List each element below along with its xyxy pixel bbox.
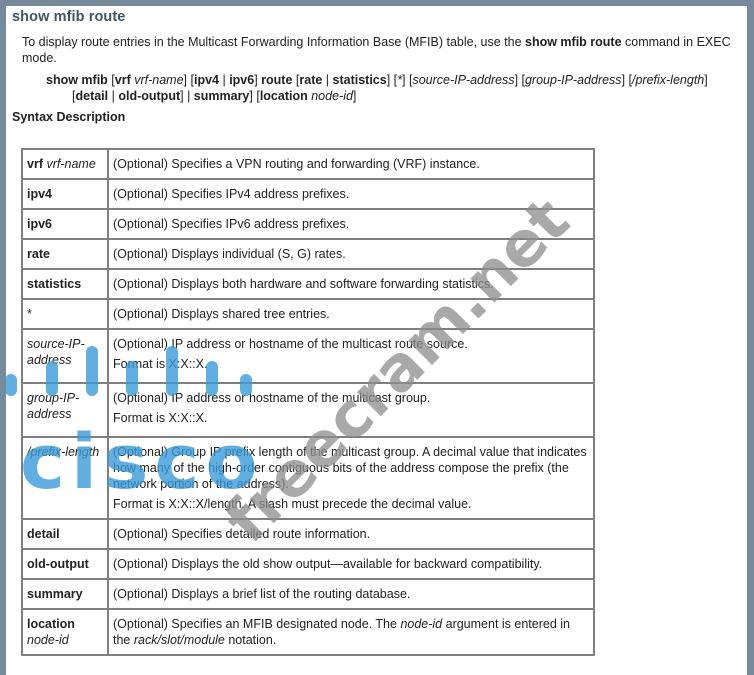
description-token: (Optional) IP address or hostname of the… xyxy=(113,337,468,351)
intro-paragraph: To display route entries in the Multicas… xyxy=(22,34,732,66)
keyword-token: source-IP-address xyxy=(27,337,85,367)
syntax-token: ] [ xyxy=(402,73,412,87)
description-cell: (Optional) IP address or hostname of the… xyxy=(108,383,594,437)
syntax-token: vrf xyxy=(115,73,134,87)
keyword-token: * xyxy=(27,307,32,321)
syntax-token: | xyxy=(219,73,229,87)
description-cell: (Optional) Specifies a VPN routing and f… xyxy=(108,149,594,179)
description-paragraph: Format is X:X::X. xyxy=(113,356,589,372)
description-cell: (Optional) Specifies an MFIB designated … xyxy=(108,609,594,655)
syntax-token: ] [ xyxy=(184,73,194,87)
description-token: (Optional) Specifies an MFIB designated … xyxy=(113,617,400,631)
syntax-token: ] xyxy=(353,89,356,103)
table-row: /prefix-length(Optional) Group IP prefix… xyxy=(22,437,594,519)
syntax-token: detail xyxy=(75,89,108,103)
table-row: *(Optional) Displays shared tree entries… xyxy=(22,299,594,329)
keyword-cell: location node-id xyxy=(22,609,108,655)
keyword-cell: /prefix-length xyxy=(22,437,108,519)
keyword-cell: group-IP-address xyxy=(22,383,108,437)
syntax-token: ] [ xyxy=(622,73,632,87)
keyword-token: vrf xyxy=(27,157,46,171)
syntax-token: location xyxy=(260,89,311,103)
description-cell: (Optional) Group IP prefix length of the… xyxy=(108,437,594,519)
syntax-description-heading: Syntax Description xyxy=(12,110,125,124)
syntax-token: summary xyxy=(194,89,250,103)
keyword-cell: summary xyxy=(22,579,108,609)
description-cell: (Optional) Displays the old show output—… xyxy=(108,549,594,579)
description-paragraph: (Optional) Group IP prefix length of the… xyxy=(113,444,589,492)
description-token: (Optional) Specifies IPv4 address prefix… xyxy=(113,187,349,201)
table-row: rate(Optional) Displays individual (S, G… xyxy=(22,239,594,269)
syntax-token: /prefix-length xyxy=(632,73,704,87)
description-token: notation. xyxy=(225,633,276,647)
table-row: location node-id(Optional) Specifies an … xyxy=(22,609,594,655)
table-row: source-IP-address(Optional) IP address o… xyxy=(22,329,594,383)
syntax-token: | xyxy=(108,89,118,103)
syntax-token: ipv4 xyxy=(194,73,219,87)
page-title: show mfib route xyxy=(12,9,125,25)
keyword-cell: * xyxy=(22,299,108,329)
table-row: detail(Optional) Specifies detailed rout… xyxy=(22,519,594,549)
keyword-token: ipv4 xyxy=(27,187,52,201)
description-cell: (Optional) Displays shared tree entries. xyxy=(108,299,594,329)
keyword-cell: detail xyxy=(22,519,108,549)
syntax-token: ipv6 xyxy=(229,73,254,87)
keyword-cell: source-IP-address xyxy=(22,329,108,383)
syntax-token: group-IP-address xyxy=(525,73,622,87)
description-paragraph: (Optional) Specifies detailed route info… xyxy=(113,526,589,542)
keyword-cell: statistics xyxy=(22,269,108,299)
table-row: ipv6(Optional) Specifies IPv6 address pr… xyxy=(22,209,594,239)
description-token: (Optional) Displays a brief list of the … xyxy=(113,587,410,601)
keyword-token: vrf-name xyxy=(46,157,95,171)
syntax-token: ] xyxy=(704,73,707,87)
description-token: (Optional) Displays the old show output—… xyxy=(113,557,542,571)
syntax-line-1: show mfib [vrf vrf-name] [ipv4 | ipv6] r… xyxy=(46,73,708,87)
description-paragraph: Format is X:X::X. xyxy=(113,410,589,426)
keyword-cell: rate xyxy=(22,239,108,269)
syntax-token: source-IP-address xyxy=(412,73,514,87)
syntax-token: ] | xyxy=(180,89,194,103)
description-token: (Optional) Displays individual (S, G) ra… xyxy=(113,247,346,261)
description-paragraph: (Optional) Specifies a VPN routing and f… xyxy=(113,156,589,172)
table-row: group-IP-address(Optional) IP address or… xyxy=(22,383,594,437)
description-token: (Optional) Group IP prefix length of the… xyxy=(113,445,587,491)
intro-command: show mfib route xyxy=(525,35,622,49)
syntax-token: show mfib xyxy=(46,73,111,87)
table-row: ipv4(Optional) Specifies IPv4 address pr… xyxy=(22,179,594,209)
description-paragraph: (Optional) IP address or hostname of the… xyxy=(113,336,589,352)
syntax-token: statistics xyxy=(333,73,387,87)
keyword-cell: vrf vrf-name xyxy=(22,149,108,179)
description-cell: (Optional) Specifies IPv6 address prefix… xyxy=(108,209,594,239)
keyword-token: /prefix-length xyxy=(27,445,99,459)
description-token: (Optional) Displays shared tree entries. xyxy=(113,307,330,321)
keyword-cell: ipv6 xyxy=(22,209,108,239)
description-paragraph: (Optional) Specifies IPv6 address prefix… xyxy=(113,216,589,232)
keyword-token: summary xyxy=(27,587,83,601)
syntax-token: route xyxy=(261,73,296,87)
description-token: (Optional) Specifies IPv6 address prefix… xyxy=(113,217,349,231)
description-token: node-id xyxy=(400,617,442,631)
description-paragraph: (Optional) IP address or hostname of the… xyxy=(113,390,589,406)
keyword-token: rate xyxy=(27,247,50,261)
description-paragraph: (Optional) Displays both hardware and so… xyxy=(113,276,589,292)
keyword-token: old-output xyxy=(27,557,89,571)
description-cell: (Optional) Displays both hardware and so… xyxy=(108,269,594,299)
syntax-line-2: [detail | old-output] | summary] [locati… xyxy=(46,88,736,104)
description-cell: (Optional) Specifies detailed route info… xyxy=(108,519,594,549)
description-paragraph: (Optional) Displays a brief list of the … xyxy=(113,586,589,602)
table-row: vrf vrf-name(Optional) Specifies a VPN r… xyxy=(22,149,594,179)
description-cell: (Optional) Displays a brief list of the … xyxy=(108,579,594,609)
description-cell: (Optional) IP address or hostname of the… xyxy=(108,329,594,383)
syntax-token: | xyxy=(322,73,332,87)
syntax-description-table: vrf vrf-name(Optional) Specifies a VPN r… xyxy=(21,148,595,656)
description-token: (Optional) Specifies detailed route info… xyxy=(113,527,370,541)
syntax-token: ] [ xyxy=(515,73,525,87)
keyword-token: detail xyxy=(27,527,60,541)
description-cell: (Optional) Specifies IPv4 address prefix… xyxy=(108,179,594,209)
description-paragraph: (Optional) Displays individual (S, G) ra… xyxy=(113,246,589,262)
description-paragraph: (Optional) Specifies IPv4 address prefix… xyxy=(113,186,589,202)
keyword-token: node-id xyxy=(27,633,69,647)
description-paragraph: (Optional) Displays the old show output—… xyxy=(113,556,589,572)
table-row: old-output(Optional) Displays the old sh… xyxy=(22,549,594,579)
intro-text-before: To display route entries in the Multicas… xyxy=(22,35,525,49)
description-token: Format is X:X::X. xyxy=(113,411,207,425)
syntax-token: ] [ xyxy=(249,89,259,103)
keyword-token: location xyxy=(27,617,75,631)
description-token: (Optional) IP address or hostname of the… xyxy=(113,391,430,405)
keyword-token: ipv6 xyxy=(27,217,52,231)
syntax-token: old-output xyxy=(118,89,180,103)
syntax-token: node-id xyxy=(311,89,353,103)
keyword-cell: ipv4 xyxy=(22,179,108,209)
description-token: Format is X:X::X/length. A slash must pr… xyxy=(113,497,472,511)
table-row: summary(Optional) Displays a brief list … xyxy=(22,579,594,609)
keyword-token: statistics xyxy=(27,277,81,291)
description-token: Format is X:X::X. xyxy=(113,357,207,371)
table-row: statistics(Optional) Displays both hardw… xyxy=(22,269,594,299)
keyword-token: group-IP-address xyxy=(27,391,79,421)
syntax-token: vrf-name xyxy=(134,73,183,87)
description-token: (Optional) Specifies a VPN routing and f… xyxy=(113,157,480,171)
command-syntax: show mfib [vrf vrf-name] [ipv4 | ipv6] r… xyxy=(46,72,736,104)
description-token: (Optional) Displays both hardware and so… xyxy=(113,277,494,291)
description-paragraph: (Optional) Displays shared tree entries. xyxy=(113,306,589,322)
description-paragraph: Format is X:X::X/length. A slash must pr… xyxy=(113,496,589,512)
syntax-token: ] [ xyxy=(387,73,397,87)
document-panel: show mfib route To display route entries… xyxy=(6,6,747,675)
keyword-cell: old-output xyxy=(22,549,108,579)
description-token: rack/slot/module xyxy=(134,633,225,647)
syntax-token: rate xyxy=(299,73,322,87)
description-cell: (Optional) Displays individual (S, G) ra… xyxy=(108,239,594,269)
description-paragraph: (Optional) Specifies an MFIB designated … xyxy=(113,616,589,648)
